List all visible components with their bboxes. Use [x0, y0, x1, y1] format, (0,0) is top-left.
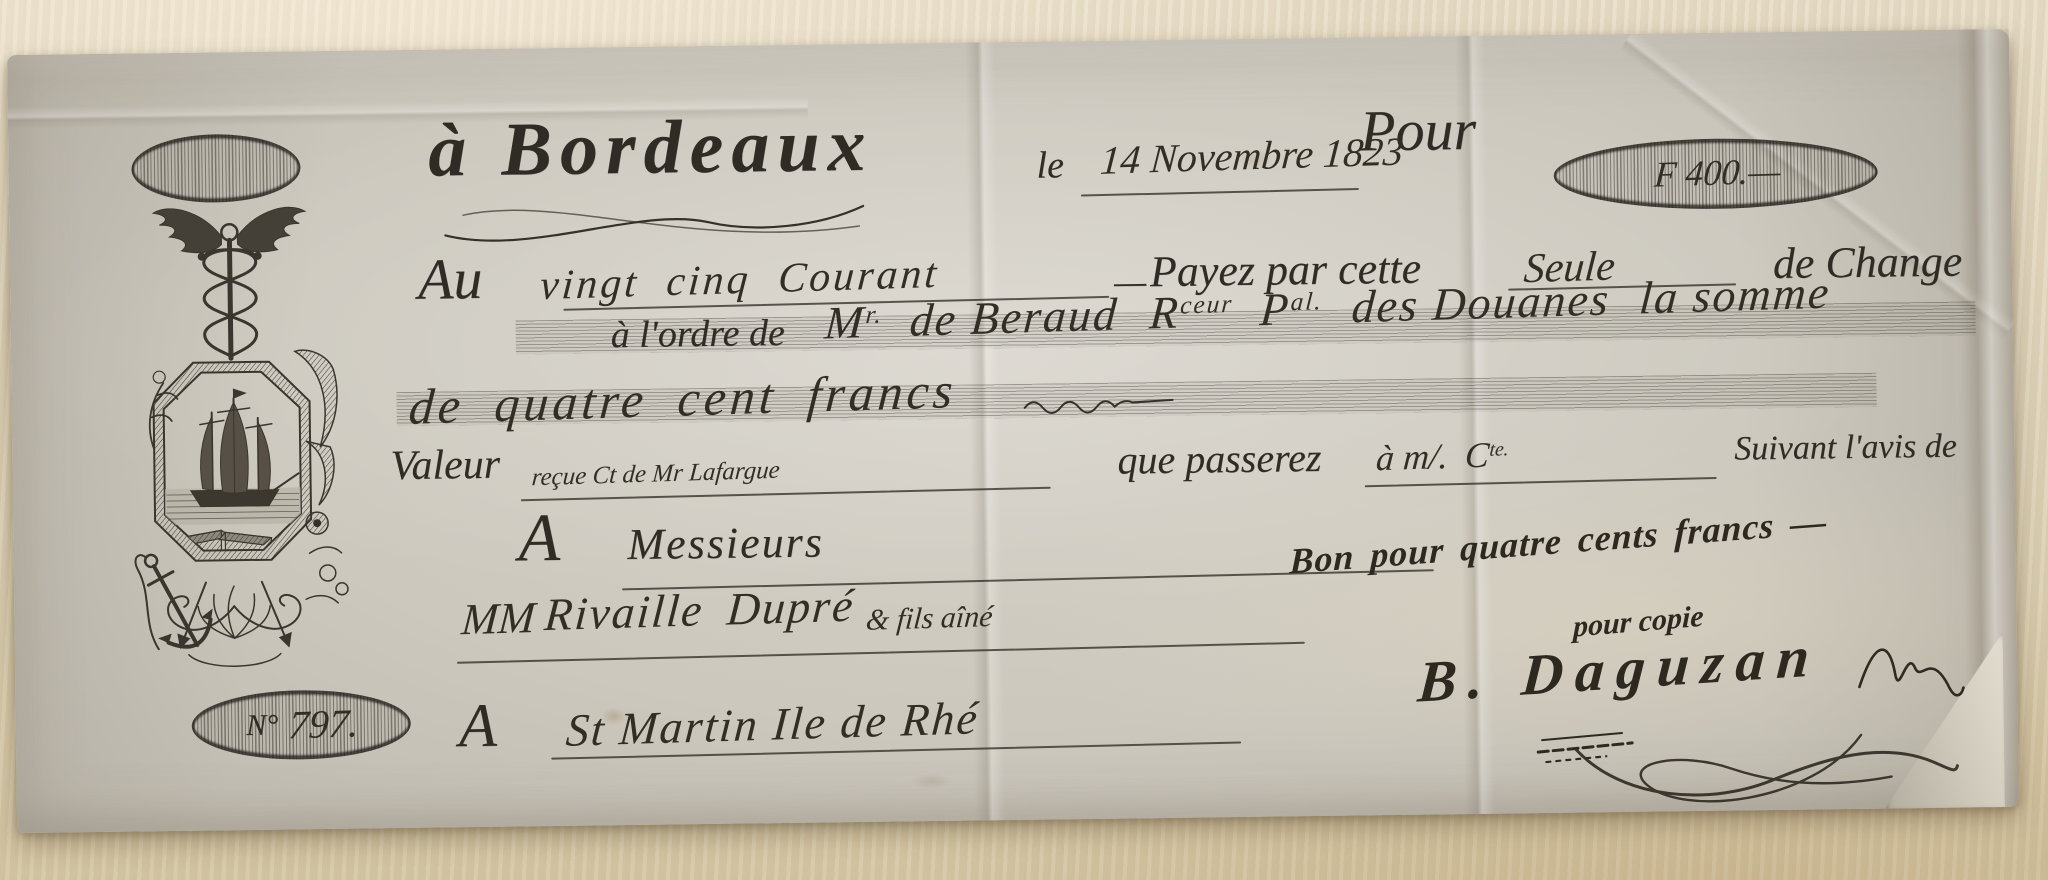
au-label: Au — [418, 245, 483, 313]
compte-a: à m/. — [1375, 436, 1450, 478]
firm-name: Rivaille Dupré — [543, 579, 857, 642]
serial-number: 797. — [287, 699, 360, 748]
payee-title-m: M — [823, 296, 867, 348]
date-prefix: le — [1036, 143, 1064, 187]
winged-caduceus — [153, 207, 307, 359]
signature-flourish — [1853, 630, 1969, 706]
place-title: à Bordeaux — [428, 102, 874, 195]
place-value: St Martin Ile de Rhé — [564, 691, 981, 757]
firm-prefix: MM — [460, 592, 537, 645]
date-value: 14 Novembre 1823 — [1099, 127, 1405, 183]
payee-title-r: R — [1148, 286, 1182, 338]
photo-scene: N° 797. à Bordeaux le 14 Novembre 1823 P… — [0, 0, 2048, 880]
ordre-label: à l'ordre de — [610, 311, 785, 357]
payee-title-r-sup: ceur — [1179, 290, 1234, 320]
valeur-recue: reçue Ct de Mr Lafargue — [531, 457, 781, 493]
la-somme-label: la somme — [1638, 267, 1833, 324]
passerez-label: que passerez — [1117, 434, 1322, 484]
compte-underline — [1365, 477, 1717, 487]
valeur-label: Valeur — [390, 441, 500, 490]
bon-pour-line: Bon pour quatre cents francs — — [1289, 500, 1828, 582]
compte-sup: te. — [1489, 438, 1510, 461]
suivant-label: Suivant l'avis de — [1734, 428, 1957, 469]
merchant-ship-emblem — [117, 201, 348, 718]
amount-value: F 400.— — [1653, 150, 1782, 196]
payee-title-p-sup: al. — [1290, 287, 1324, 316]
serial-prefix: N° — [246, 708, 278, 742]
amount-words: de quatre cent francs — [407, 361, 959, 436]
firm-underline — [457, 642, 1305, 664]
compte-c: C — [1464, 435, 1491, 476]
payee-title-p: P — [1258, 283, 1292, 335]
blank-hatched-oval — [131, 133, 301, 203]
compte-value: à m/. Cte. — [1375, 433, 1510, 479]
calligraphic-flourish — [439, 196, 870, 258]
bill-of-exchange-paper: N° 797. à Bordeaux le 14 Novembre 1823 P… — [7, 29, 2019, 833]
payee-title-m-sup: r. — [865, 301, 884, 330]
fox-spot — [911, 773, 951, 790]
amount-oval: F 400.— — [1553, 137, 1878, 211]
a-messieurs-a: A — [518, 498, 561, 578]
filler-squiggle — [1022, 392, 1182, 420]
messieurs-label: Messieurs — [627, 516, 824, 570]
payee-office: des Douanes — [1350, 273, 1612, 332]
firm-suffix: & fils aîné — [865, 600, 994, 638]
serial-number-oval: N° 797. — [191, 689, 411, 761]
payee-name: de Beraud — [908, 288, 1120, 346]
signature-paraph — [1561, 718, 1962, 808]
pour-label: Pour — [1360, 96, 1477, 165]
date-underline — [1081, 188, 1359, 197]
place-a: A — [458, 691, 497, 762]
